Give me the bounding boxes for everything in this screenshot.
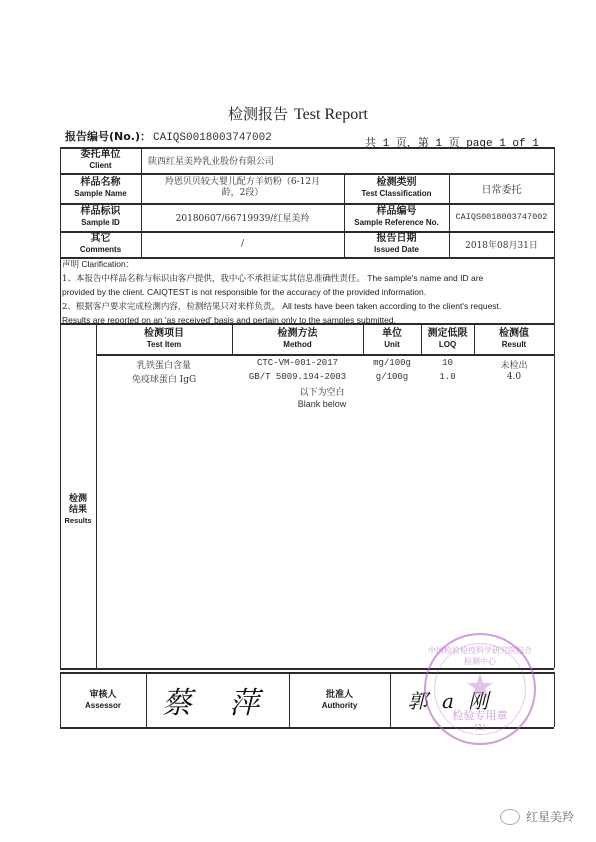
blank-below-cn: 以下为空白 xyxy=(232,386,412,398)
sample-id-value: 20180607/66719939/红星美羚 xyxy=(141,203,344,231)
clarification-line2: provided by the client. CAIQTEST is not … xyxy=(62,286,542,300)
sample-name-label-en: Sample Name xyxy=(74,189,126,199)
col-header-loq: 测定低限 LOQ xyxy=(421,323,474,354)
sample-id-label: 样品标识 Sample ID xyxy=(60,203,141,231)
clarification-line3-cn: 2、根据客户要求完成检测内容，检测结果只对来样负责。 xyxy=(62,302,280,312)
comments-value: / xyxy=(141,231,344,257)
sample-ref-label: 样品编号 Sample Reference No. xyxy=(344,203,449,231)
clarification-line3: 2、根据客户要求完成检测内容，检测结果只对来样负责。 All tests hav… xyxy=(62,300,542,315)
col-loq-cn: 测定低限 xyxy=(428,328,468,340)
stamp-arc-text: 中国检验检疫科学研究院综合检测中心 xyxy=(426,645,534,667)
results-label-cn-1: 检测 xyxy=(69,494,87,505)
blank-below-note: 以下为空白 Blank below xyxy=(232,386,412,410)
divider xyxy=(554,147,555,323)
results-label-en: Results xyxy=(64,516,91,526)
assessor-label-en: Assessor xyxy=(85,701,121,711)
col-unit-en: Unit xyxy=(384,340,400,350)
official-stamp: 中国检验检疫科学研究院综合检测中心 ★ 检验专用章 (1) xyxy=(424,633,536,745)
comments-label: 其它 Comments xyxy=(60,231,141,257)
watermark-text: 红星美羚 xyxy=(526,808,574,825)
col-unit-cn: 单位 xyxy=(382,328,402,340)
test-classification-label-en: Test Classification xyxy=(361,189,431,199)
clarification-line1: 1、本报告中样品名称与标识由客户提供，我中心不承担证实其信息准确性责任。 The… xyxy=(62,272,542,287)
results-section-label: 检测 结果 Results xyxy=(60,490,96,530)
assessor-signature: 蔡 萍 xyxy=(146,672,289,727)
test-classification-value: 日常委托 xyxy=(449,173,554,203)
report-number: 报告编号(No.)：CAIQS0018003747002 xyxy=(65,128,272,144)
row2-loq: 1.0 xyxy=(421,372,474,382)
col-header-unit: 单位 Unit xyxy=(363,323,421,354)
comments-text: / xyxy=(241,239,244,249)
sample-ref-label-en: Sample Reference No. xyxy=(354,218,438,228)
sample-ref-value: CAIQS0018003747002 xyxy=(449,203,554,231)
watermark: 红星美羚 xyxy=(500,808,574,825)
report-title: 检测报告Test Report xyxy=(0,103,596,124)
row1-result: 未检出 xyxy=(474,358,554,371)
sample-id-label-cn: 样品标识 xyxy=(81,206,121,218)
report-number-label: 报告编号(No.)： xyxy=(65,130,151,143)
comments-label-cn: 其它 xyxy=(91,233,111,245)
row1-item: 乳铁蛋白含量 xyxy=(96,358,232,371)
blank-below-en: Blank below xyxy=(232,398,412,410)
sample-name-label: 样品名称 Sample Name xyxy=(60,173,141,203)
stamp-star-icon: ★ xyxy=(426,667,534,707)
row2-unit: g/100g xyxy=(363,372,421,382)
report-number-value: CAIQS0018003747002 xyxy=(153,132,272,144)
authority-label: 批准人 Authority xyxy=(289,672,390,727)
col-method-en: Method xyxy=(283,340,311,350)
sample-name-line2: 龄，2段） xyxy=(222,188,264,199)
sample-name-line1: 羚恩贝贝较大婴儿配方羊奶粉（6-12月 xyxy=(165,177,320,188)
test-classification-label-cn: 检测类别 xyxy=(377,177,417,189)
title-en: Test Report xyxy=(294,106,368,123)
title-cn: 检测报告 xyxy=(228,105,288,123)
issued-date-label-cn: 报告日期 xyxy=(377,233,417,245)
client-value: 陕西红星美羚乳业股份有限公司 xyxy=(148,154,274,167)
col-method-cn: 检测方法 xyxy=(278,328,318,340)
sample-name-label-cn: 样品名称 xyxy=(81,177,121,189)
clarification-line1-cn: 1、本报告中样品名称与标识由客户提供，我中心不承担证实其信息准确性责任。 xyxy=(62,274,365,284)
client-label-cn: 委托单位 xyxy=(81,149,121,161)
col-result-cn: 检测值 xyxy=(499,328,529,340)
authority-label-cn: 批准人 xyxy=(326,689,353,701)
wechat-icon xyxy=(500,809,520,825)
clarification-line3-en: All tests have been taken according to t… xyxy=(282,301,501,311)
clarification-heading: 声明 Clarification： xyxy=(62,258,542,272)
col-header-method: 检测方法 Method xyxy=(232,323,363,354)
divider xyxy=(390,672,391,727)
issued-date-label: 报告日期 Issued Date xyxy=(344,231,449,257)
divider xyxy=(96,354,554,356)
clarification: 声明 Clarification： 1、本报告中样品名称与标识由客户提供，我中心… xyxy=(62,258,542,328)
client-label-en: Client xyxy=(89,161,111,171)
col-test-item-cn: 检测项目 xyxy=(144,328,184,340)
row1-method: CTC-VM-001-2017 xyxy=(232,358,363,368)
row2-method: GB/T 5009.194-2003 xyxy=(232,372,363,382)
comments-label-en: Comments xyxy=(80,245,121,255)
test-classification-text: 日常委托 xyxy=(482,181,522,196)
sample-ref-text: CAIQS0018003747002 xyxy=(456,212,548,222)
issued-date-label-en: Issued Date xyxy=(374,245,419,255)
divider xyxy=(60,257,61,323)
issued-date-text: 2018年08月31日 xyxy=(465,238,538,251)
stamp-center-text: 检验专用章 xyxy=(426,707,534,723)
stamp-number: (1) xyxy=(426,723,534,732)
sample-ref-label-cn: 样品编号 xyxy=(377,206,417,218)
assessor-label-cn: 审核人 xyxy=(89,689,116,701)
row2-item: 免疫球蛋白 IgG xyxy=(96,372,232,385)
sample-name-value: 羚恩贝贝较大婴儿配方羊奶粉（6-12月 龄，2段） xyxy=(141,173,344,203)
col-header-result: 检测值 Result xyxy=(474,323,554,354)
test-classification-label: 检测类别 Test Classification xyxy=(344,173,449,203)
clarification-line1-en: The sample's name and ID are xyxy=(367,273,483,283)
sample-id-text: 20180607/66719939/红星美羚 xyxy=(176,211,310,224)
col-loq-en: LOQ xyxy=(439,340,456,350)
divider xyxy=(554,323,555,668)
sample-id-label-en: Sample ID xyxy=(81,218,120,228)
row2-result: 4.0 xyxy=(474,372,554,382)
row1-unit: mg/100g xyxy=(363,358,421,368)
issued-date-value: 2018年08月31日 xyxy=(449,231,554,257)
results-label-cn-2: 结果 xyxy=(69,505,87,516)
row1-loq: 10 xyxy=(421,358,474,368)
divider xyxy=(554,672,555,727)
col-result-en: Result xyxy=(502,340,526,350)
authority-label-en: Authority xyxy=(322,701,358,711)
assessor-label: 审核人 Assessor xyxy=(60,672,146,727)
client-label: 委托单位 Client xyxy=(60,147,141,173)
col-header-test-item: 检测项目 Test Item xyxy=(96,323,232,354)
col-test-item-en: Test Item xyxy=(147,340,182,350)
